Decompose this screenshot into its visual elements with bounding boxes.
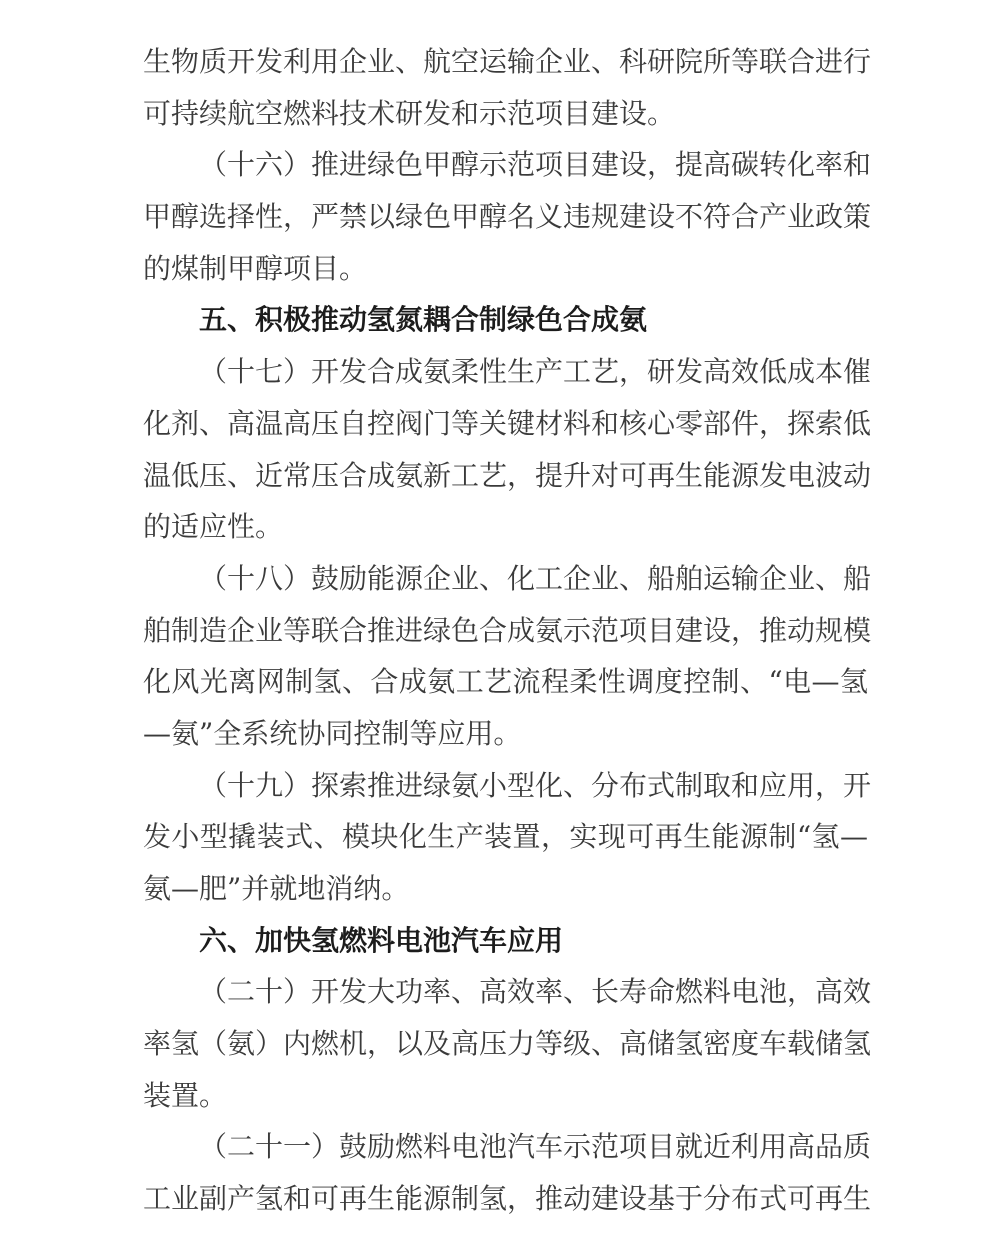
text-line: 生物质开发利用企业、航空运输企业、科研院所等联合进行 [143, 36, 868, 88]
text-line-item-16-start: （十六）推进绿色甲醇示范项目建设，提高碳转化率和 [143, 139, 868, 191]
text-line: 舶制造企业等联合推进绿色合成氨示范项目建设，推动规模 [143, 605, 868, 657]
text-line: 率氢（氨）内燃机，以及高压力等级、高储氢密度车载储氢 [143, 1018, 868, 1070]
text-line-item-21-start: （二十一）鼓励燃料电池汽车示范项目就近利用高品质 [143, 1121, 868, 1173]
section-heading-5: 五、积极推动氢氮耦合制绿色合成氨 [143, 294, 868, 346]
text-line: 甲醇选择性，严禁以绿色甲醇名义违规建设不符合产业政策 [143, 191, 868, 243]
text-line: 化剂、高温高压自控阀门等关键材料和核心零部件，探索低 [143, 398, 868, 450]
text-line: 发小型撬装式、模块化生产装置，实现可再生能源制“氢— [143, 811, 868, 863]
text-line: 氨—肥”并就地消纳。 [143, 863, 868, 915]
text-line: 工业副产氢和可再生能源制氢，推动建设基于分布式可再生 [143, 1173, 868, 1225]
text-line: 的煤制甲醇项目。 [143, 243, 868, 295]
text-line-item-17-start: （十七）开发合成氨柔性生产工艺，研发高效低成本催 [143, 346, 868, 398]
text-line: 可持续航空燃料技术研发和示范项目建设。 [143, 88, 868, 140]
text-line-item-20-start: （二十）开发大功率、高效率、长寿命燃料电池，高效 [143, 966, 868, 1018]
text-block: 生物质开发利用企业、航空运输企业、科研院所等联合进行 可持续航空燃料技术研发和示… [143, 36, 868, 1225]
document-page: 生物质开发利用企业、航空运输企业、科研院所等联合进行 可持续航空燃料技术研发和示… [0, 0, 999, 1258]
text-line-item-19-start: （十九）探索推进绿氨小型化、分布式制取和应用，开 [143, 760, 868, 812]
text-line: 的适应性。 [143, 501, 868, 553]
text-line: —氨”全系统协同控制等应用。 [143, 708, 868, 760]
text-line-item-18-start: （十八）鼓励能源企业、化工企业、船舶运输企业、船 [143, 553, 868, 605]
text-line: 装置。 [143, 1070, 868, 1122]
section-heading-6: 六、加快氢燃料电池汽车应用 [143, 915, 868, 967]
text-line: 化风光离网制氢、合成氨工艺流程柔性调度控制、“电—氢 [143, 656, 868, 708]
text-line: 温低压、近常压合成氨新工艺，提升对可再生能源发电波动 [143, 450, 868, 502]
